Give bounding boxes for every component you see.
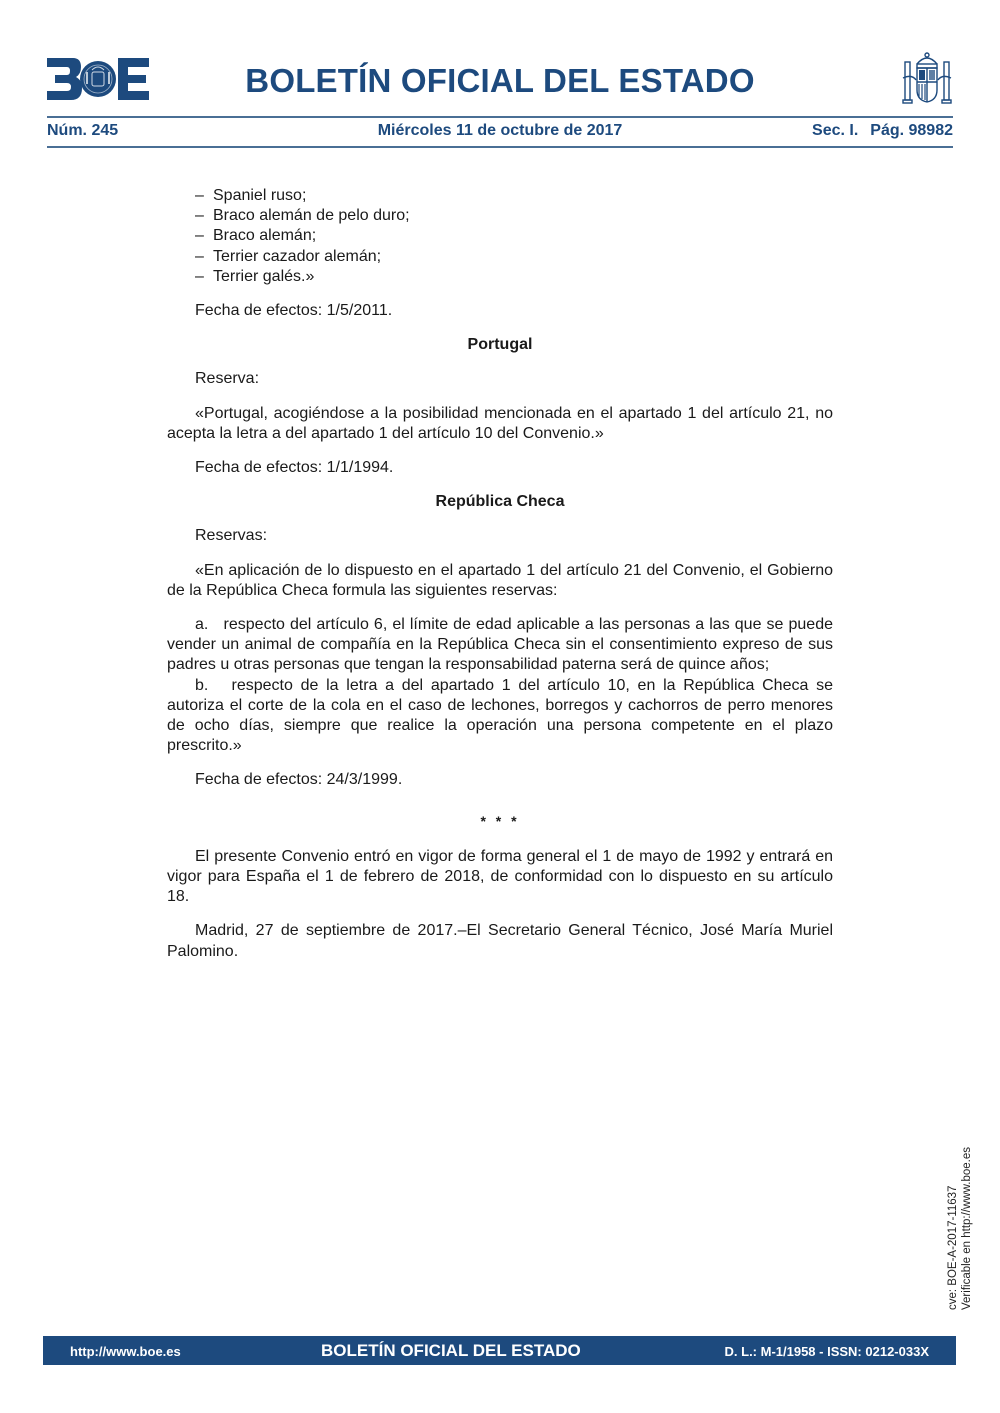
reservation-label: Reserva: [167, 369, 833, 389]
list-item: –Spaniel ruso; [195, 186, 833, 206]
reservation-item: a. respecto del artículo 6, el límite de… [167, 615, 833, 676]
cve-code: cve: BOE-A-2017-11637 [946, 1147, 960, 1310]
footer-url-link[interactable]: http://www.boe.es [70, 1344, 181, 1359]
reservation-text: «Portugal, acogiéndose a la posibilidad … [167, 404, 833, 444]
publication-title: BOLETÍN OFICIAL DEL ESTADO [240, 62, 760, 100]
effective-date: Fecha de efectos: 1/1/1994. [167, 458, 833, 478]
effective-date: Fecha de efectos: 24/3/1999. [167, 770, 833, 790]
reservation-intro: «En aplicación de lo dispuesto en el apa… [167, 561, 833, 601]
page-number: Pág. 98982 [870, 122, 953, 139]
issue-date: Miércoles 11 de octubre de 2017 [300, 122, 700, 140]
dash-marker: – [195, 267, 213, 287]
header-rule-bottom [47, 146, 953, 148]
dash-marker: – [195, 247, 213, 267]
list-item: –Braco alemán de pelo duro; [195, 206, 833, 226]
reservation-label: Reservas: [167, 526, 833, 546]
dash-marker: – [195, 206, 213, 226]
item-marker: a. [195, 616, 208, 633]
verification-note: cve: BOE-A-2017-11637 Verificable en htt… [946, 1147, 974, 1310]
footer-title: BOLETÍN OFICIAL DEL ESTADO [321, 1341, 581, 1361]
effective-date: Fecha de efectos: 1/5/2011. [167, 301, 833, 321]
issue-number: Núm. 245 [47, 122, 118, 140]
boe-logo-icon [47, 58, 149, 100]
footer-legal: D. L.: M-1/1958 - ISSN: 0212-033X [725, 1344, 929, 1359]
item-marker: b. [195, 677, 208, 694]
reservation-items: a. respecto del artículo 6, el límite de… [167, 615, 833, 756]
list-item: –Terrier cazador alemán; [195, 247, 833, 267]
signature: Madrid, 27 de septiembre de 2017.–El Sec… [167, 921, 833, 961]
footer-bar: http://www.boe.es BOLETÍN OFICIAL DEL ES… [43, 1336, 956, 1365]
section-heading-czech-republic: República Checa [167, 492, 833, 512]
coat-of-arms [900, 50, 954, 106]
list-item: –Terrier galés.» [195, 267, 833, 287]
header-rule-top [47, 116, 953, 118]
section-heading-portugal: Portugal [167, 335, 833, 355]
closing-paragraph: El presente Convenio entró en vigor de f… [167, 847, 833, 908]
reservation-item: b. respecto de la letra a del apartado 1… [167, 676, 833, 757]
section-page: Sec. I.Pág. 98982 [812, 122, 953, 140]
breed-list: –Spaniel ruso; –Braco alemán de pelo dur… [195, 186, 833, 287]
separator: * * * [167, 811, 833, 831]
coat-of-arms-icon [900, 50, 954, 106]
dash-marker: – [195, 186, 213, 206]
boe-logo [47, 58, 149, 100]
verification-link: Verificable en http://www.boe.es [960, 1147, 974, 1310]
document-body: –Spaniel ruso; –Braco alemán de pelo dur… [167, 186, 833, 976]
dash-marker: – [195, 226, 213, 246]
section-label: Sec. I. [812, 122, 858, 139]
list-item: –Braco alemán; [195, 226, 833, 246]
